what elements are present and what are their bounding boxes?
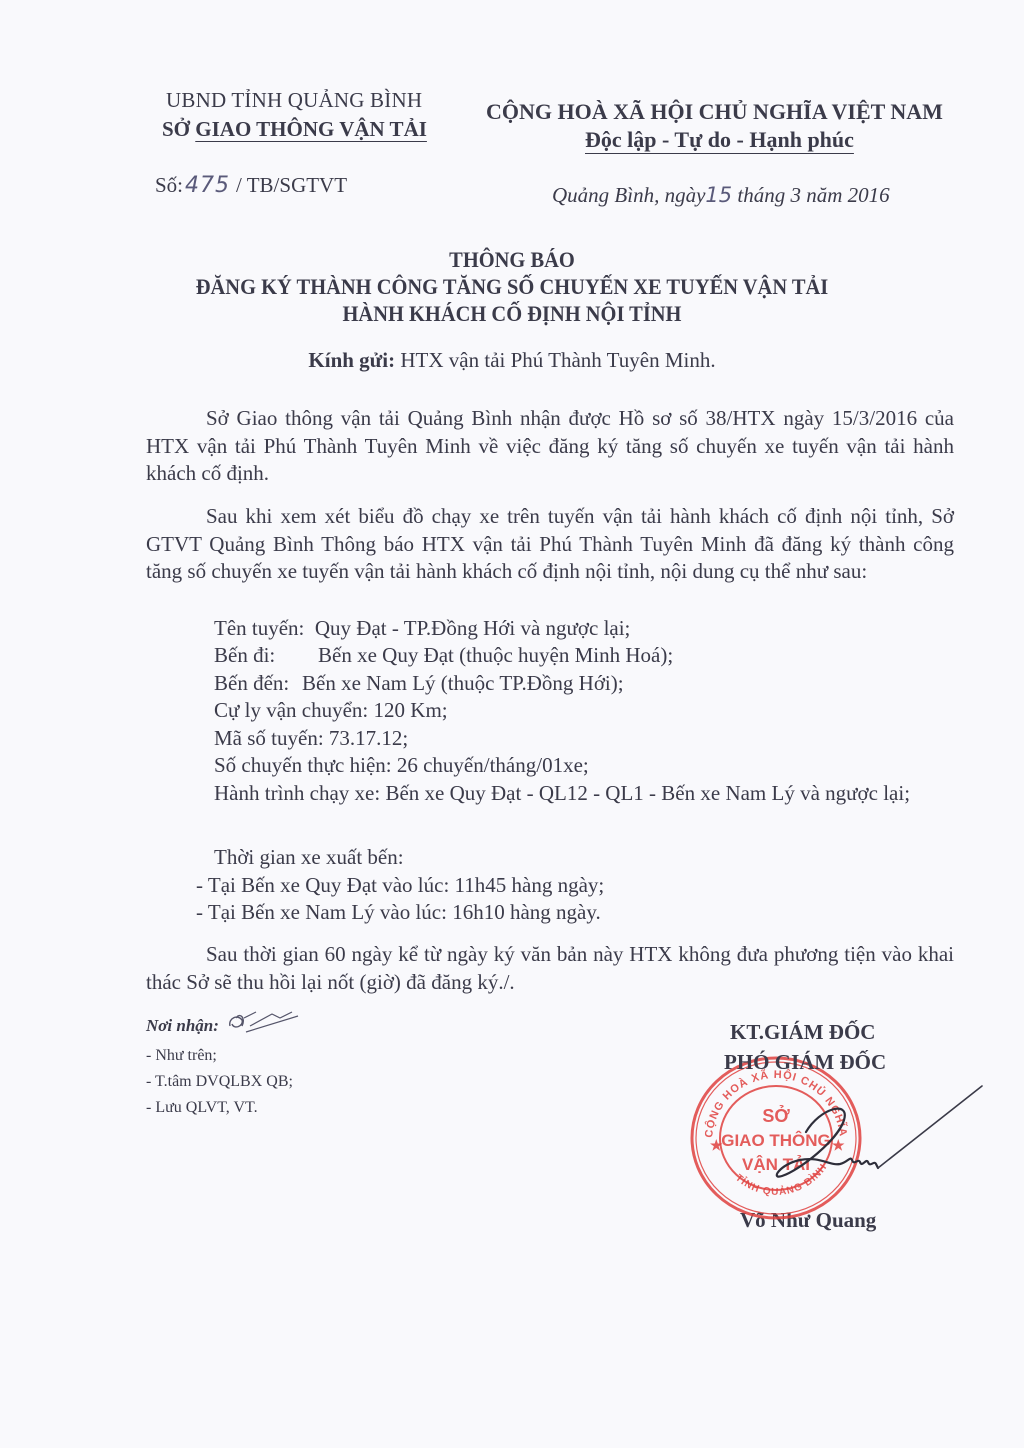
detail-route-code: Mã số tuyến: 73.17.12; <box>214 725 673 752</box>
issuing-authority: SỞ GIAO THÔNG VẬN TẢI <box>162 117 427 142</box>
recipient-value: HTX vận tải Phú Thành Tuyên Minh. <box>395 348 715 372</box>
document-number-suffix: / TB/SGTVT <box>236 173 347 197</box>
detail-label: Tên tuyến: <box>214 615 304 642</box>
detail-trip-count: Số chuyến thực hiện: 26 chuyến/tháng/01x… <box>214 752 673 779</box>
body-paragraph-3: Sau thời gian 60 ngày kể từ ngày ký văn … <box>146 941 954 996</box>
date-suffix: tháng 3 năm 2016 <box>732 183 890 207</box>
detail-arrival-station: Bến đến:Bến xe Nam Lý (thuộc TP.Đồng Hới… <box>214 670 673 697</box>
date-prefix: Quảng Bình, ngày <box>552 183 705 207</box>
body-paragraph-2: Sau khi xem xét biểu đồ chạy xe trên tuy… <box>146 503 954 586</box>
departure-time-nam-ly: - Tại Bến xe Nam Lý vào lúc: 16h10 hàng … <box>196 899 604 927</box>
body-paragraph-1: Sở Giao thông vận tải Quảng Bình nhận đư… <box>146 405 954 488</box>
recipients-label: Nơi nhận: <box>146 1016 219 1036</box>
document-page: UBND TỈNH QUẢNG BÌNH SỞ GIAO THÔNG VẬN T… <box>0 0 1024 1448</box>
recipient-item: - Như trên; <box>146 1043 293 1069</box>
document-number: Số:475/ TB/SGTVT <box>155 173 347 198</box>
national-motto-text: Độc lập - Tự do - Hạnh phúc <box>585 127 854 152</box>
issuing-authority-name: GIAO THÔNG VẬN TẢI <box>195 117 427 141</box>
recipient-item: - Lưu QLVT, VT. <box>146 1095 293 1121</box>
national-motto: Độc lập - Tự do - Hạnh phúc <box>585 127 854 153</box>
document-number-label: Số: <box>155 173 183 197</box>
national-title: CỘNG HOÀ XÃ HỘI CHỦ NGHĨA VIỆT NAM <box>486 99 943 125</box>
handwritten-initials-icon <box>226 1004 306 1040</box>
detail-route-name: Tên tuyến: Quy Đạt - TP.Đồng Hới và ngượ… <box>214 615 673 642</box>
detail-label: Bến đi: <box>214 642 318 669</box>
signer-title-2: PHÓ GIÁM ĐỐC <box>724 1050 886 1075</box>
handwritten-signature-icon <box>760 1080 985 1190</box>
issuing-authority-prefix: SỞ <box>162 117 195 141</box>
route-details: Tên tuyến: Quy Đạt - TP.Đồng Hới và ngượ… <box>214 615 673 779</box>
recipient-line: Kính gửi: HTX vận tải Phú Thành Tuyên Mi… <box>0 348 1024 373</box>
detail-value: 73.17.12; <box>324 726 409 750</box>
detail-label: Bến đến: <box>214 670 302 697</box>
detail-value: 120 Km; <box>368 698 447 722</box>
date-day-handwritten: 15 <box>705 183 732 207</box>
recipient-label: Kính gửi: <box>308 348 395 372</box>
route-itinerary: Hành trình chạy xe: Bến xe Quy Đạt - QL1… <box>146 780 954 808</box>
detail-value: Bến xe Nam Lý (thuộc TP.Đồng Hới); <box>302 671 624 695</box>
departure-time-quy-dat: - Tại Bến xe Quy Đạt vào lúc: 11h45 hàng… <box>196 872 604 900</box>
title-line-1: THÔNG BÁO <box>36 246 988 273</box>
detail-departure-station: Bến đi:Bến xe Quy Đạt (thuộc huyện Minh … <box>214 642 673 669</box>
signer-title-1: KT.GIÁM ĐỐC <box>730 1020 875 1045</box>
paragraph-text: Sau thời gian 60 ngày kể từ ngày ký văn … <box>146 941 954 996</box>
departure-times: Thời gian xe xuất bến: - Tại Bến xe Quy … <box>196 844 604 927</box>
paragraph-text: Sau khi xem xét biểu đồ chạy xe trên tuy… <box>146 503 954 586</box>
title-line-2: ĐĂNG KÝ THÀNH CÔNG TĂNG SỐ CHUYẾN XE TUY… <box>36 273 988 300</box>
departure-heading: Thời gian xe xuất bến: <box>196 844 604 872</box>
document-title: THÔNG BÁO ĐĂNG KÝ THÀNH CÔNG TĂNG SỐ CHU… <box>0 246 1024 327</box>
document-number-handwritten: 475 <box>183 173 236 198</box>
detail-value: Bến xe Quy Đạt (thuộc huyện Minh Hoá); <box>318 643 673 667</box>
detail-distance: Cự ly vận chuyển: 120 Km; <box>214 697 673 724</box>
date-line: Quảng Bình, ngày15 tháng 3 năm 2016 <box>552 183 890 208</box>
title-line-3: HÀNH KHÁCH CỐ ĐỊNH NỘI TỈNH <box>36 300 988 327</box>
detail-value: 26 chuyến/tháng/01xe; <box>392 753 589 777</box>
detail-label: Mã số tuyến: <box>214 725 324 752</box>
recipients-list: - Như trên; - T.tâm DVQLBX QB; - Lưu QLV… <box>146 1043 293 1121</box>
issuing-authority-parent: UBND TỈNH QUẢNG BÌNH <box>166 88 422 113</box>
detail-value: Quy Đạt - TP.Đồng Hới và ngược lại; <box>304 616 630 640</box>
detail-label: Số chuyến thực hiện: <box>214 752 392 779</box>
detail-label: Cự ly vận chuyển: <box>214 697 368 724</box>
paragraph-text: Sở Giao thông vận tải Quảng Bình nhận đư… <box>146 405 954 488</box>
recipient-item: - T.tâm DVQLBX QB; <box>146 1069 293 1095</box>
